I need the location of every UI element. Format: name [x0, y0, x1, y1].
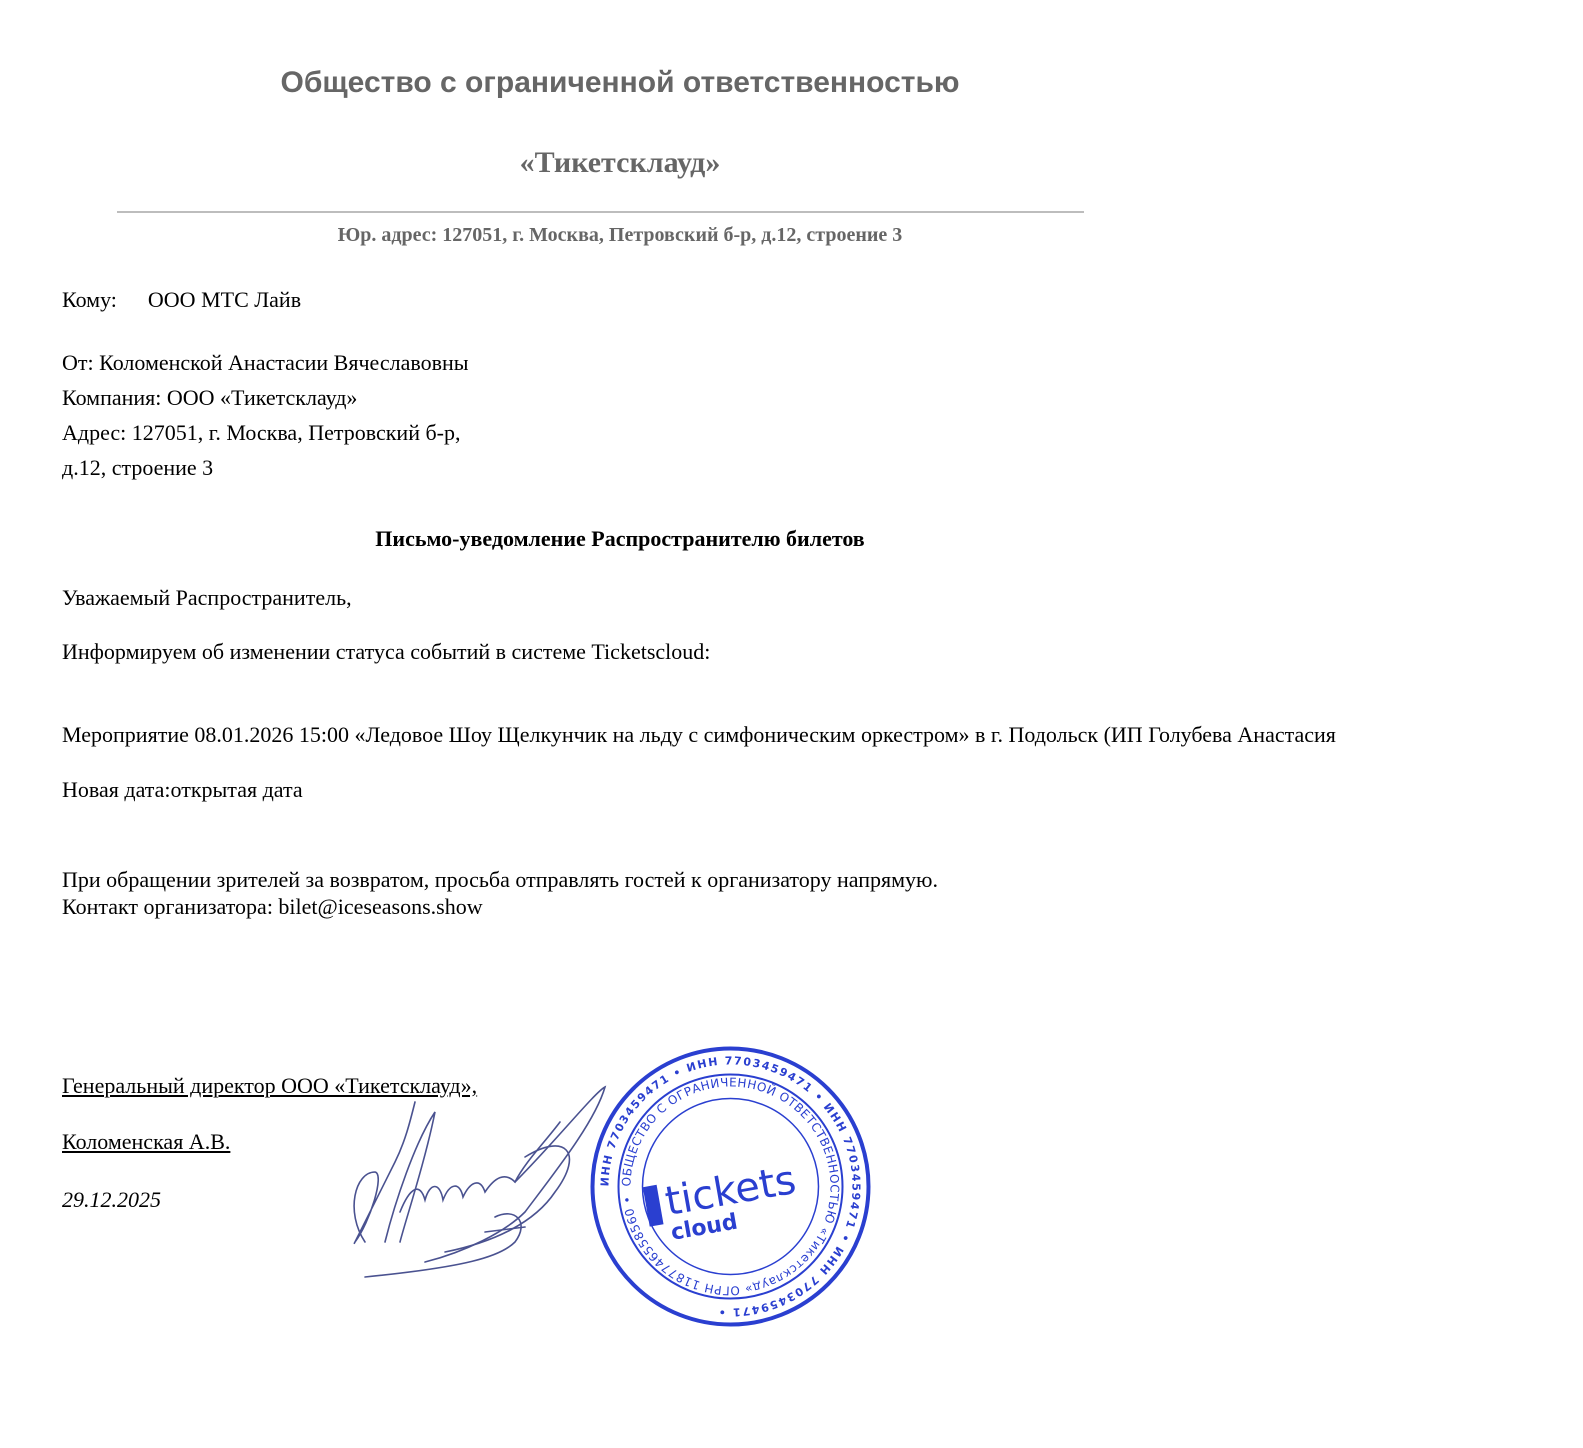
letterhead-divider [117, 211, 1084, 213]
organizer-contact: Контакт организатора: bilet@iceseasons.s… [62, 894, 483, 920]
handwritten-signature [325, 1082, 615, 1282]
sender-address-line1: Адрес: 127051, г. Москва, Петровский б-р… [62, 420, 461, 446]
sender-from: От: Коломенской Анастасии Вячеславовны [62, 350, 469, 376]
sender-address-line2: д.12, строение 3 [62, 455, 213, 481]
recipient-line: Кому: ООО МТС Лайв [62, 287, 301, 313]
letter-greeting: Уважаемый Распространитель, [62, 585, 352, 611]
letterhead-legal-address: Юр. адрес: 127051, г. Москва, Петровский… [0, 224, 1240, 247]
event-description: Мероприятие 08.01.2026 15:00 «Ледовое Шо… [62, 722, 1336, 748]
refund-note: При обращении зрителей за возвратом, про… [62, 867, 938, 893]
letter-intro: Информируем об изменении статуса событий… [62, 639, 710, 665]
event-new-date: Новая дата:открытая дата [62, 777, 303, 803]
letterhead-company-name: «Тикетсклауд» [0, 146, 1240, 180]
recipient-label: Кому: [62, 287, 117, 312]
letter-title: Письмо-уведомление Распространителю биле… [0, 526, 1240, 552]
company-stamp: ИНН 7703459471 • ИНН 7703459471 • ИНН 77… [588, 1044, 873, 1329]
signoff-name: Коломенская А.В. [62, 1129, 230, 1155]
letterhead-company-type: Общество с ограниченной ответственностью [0, 66, 1240, 100]
sender-company: Компания: ООО «Тикетсклауд» [62, 385, 357, 411]
signoff-date: 29.12.2025 [62, 1187, 161, 1213]
recipient-value: ООО МТС Лайв [148, 287, 301, 312]
